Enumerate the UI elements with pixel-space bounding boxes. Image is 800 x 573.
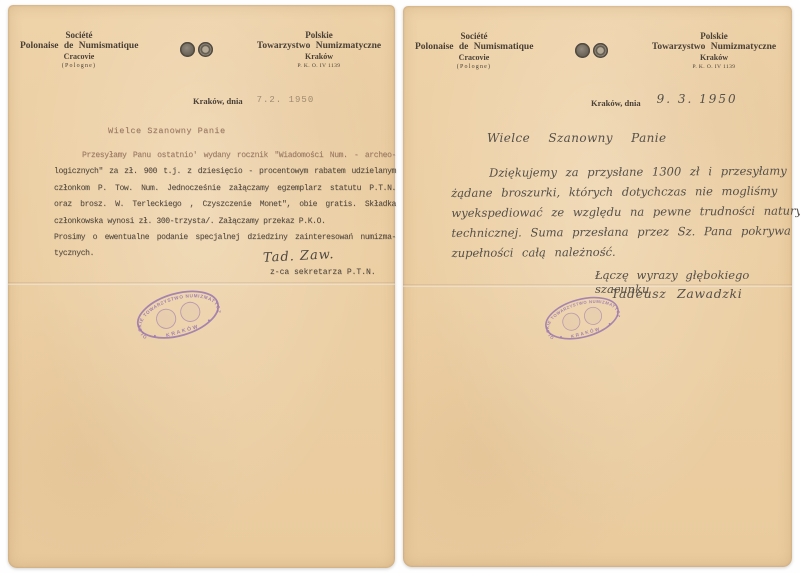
body-line: Prosimy o ewentualne podanie specjalnej … — [54, 230, 396, 246]
letter-right: Société Polonaise de Numismatique Cracov… — [403, 6, 792, 567]
letterhead-line: Polskie — [649, 31, 779, 42]
handwritten-signature: Tadeusz Zawadzki — [611, 286, 742, 301]
dateline-label: Kraków, dnia — [193, 96, 243, 106]
society-stamp: POLSKIE TOWARZYSTWO NUMIZMATYCZNE KRAKÓW — [125, 279, 230, 351]
handwritten-signature: Tad. Zaw. — [263, 247, 335, 266]
scan-background: Société Polonaise de Numismatique Cracov… — [0, 0, 800, 573]
society-stamp-graphic: POLSKIE TOWARZYSTWO NUMIZMATYCZNE KRAKÓW — [125, 279, 230, 351]
coins-emblem-icon — [575, 43, 608, 58]
coin-eagle-icon — [593, 43, 608, 58]
letterhead-line: Kraków — [254, 52, 384, 62]
salutation: Wielce Szanowny Panie — [108, 126, 226, 136]
coins-emblem-icon — [180, 42, 213, 57]
coin-portrait-icon — [575, 43, 590, 58]
salutation: Wielce Szanowny Panie — [487, 131, 667, 145]
body-line: wyekspediować ze względu na pewne trudno… — [451, 201, 759, 223]
body-line: Dziękujemy za przysłane 1300 zł i przesy… — [451, 161, 759, 183]
letterhead-line: Société — [20, 30, 138, 41]
letterhead-line: (Pologne) — [20, 62, 138, 71]
letterhead-line: (Pologne) — [415, 63, 533, 72]
letterhead-polish: Polskie Towarzystwo Numizmatyczne Kraków… — [649, 31, 779, 72]
body-line: oraz brosz. W. Terleckiego , Czyszczenie… — [54, 197, 396, 213]
body-line: Przesyłamy Panu ostatnio' wydany rocznik… — [54, 148, 396, 164]
dateline: Kraków, dnia9. 3. 1950 — [591, 93, 738, 111]
stamp-coin-circle — [561, 311, 582, 332]
body-line: zupełności całą należność. — [452, 241, 760, 263]
letterhead-line: Polonaise de Numismatique — [415, 42, 533, 53]
letterhead-line: Société — [415, 31, 533, 42]
body-line: członkom P. Tow. Num. Jednocześnie załąc… — [54, 181, 396, 197]
dateline: Kraków, dnia7.2. 1950 — [193, 91, 314, 109]
letterhead-account-line: P. K. O. IV 1139 — [649, 63, 779, 72]
letter-body: Dziękujemy za przysłane 1300 zł i przesy… — [451, 161, 760, 263]
letterhead-line: Cracovie — [20, 52, 138, 62]
letterhead-line: Polonaise de Numismatique — [20, 41, 138, 52]
stamp-coin-circle — [583, 305, 604, 326]
letterhead-line: Polskie — [254, 30, 384, 41]
body-line: logicznych" za zł. 900 t.j. z dziesięcio… — [54, 164, 396, 180]
coin-eagle-icon — [198, 42, 213, 57]
letterhead-french: Société Polonaise de Numismatique Cracov… — [20, 30, 138, 71]
body-line: technicznej. Suma przesłana przez Sz. Pa… — [451, 221, 759, 243]
letter-left: Société Polonaise de Numismatique Cracov… — [8, 5, 395, 568]
letterhead-polish: Polskie Towarzystwo Numizmatyczne Kraków… — [254, 30, 384, 71]
date-value: 7.2. 1950 — [257, 95, 315, 105]
signature-title: z-ca sekretarza P.T.N. — [270, 268, 376, 277]
coin-portrait-icon — [180, 42, 195, 57]
dateline-label: Kraków, dnia — [591, 98, 641, 108]
body-line: członkowska wynosi zł. 300-trzysta/. Zał… — [54, 214, 396, 230]
stamp-coin-circle — [178, 300, 202, 324]
letter-body: Przesyłamy Panu ostatnio' wydany rocznik… — [54, 148, 396, 263]
letterhead-line: Cracovie — [415, 53, 533, 63]
date-value: 9. 3. 1950 — [657, 92, 738, 106]
letterhead-line: Kraków — [649, 53, 779, 63]
stamp-coin-circle — [154, 307, 178, 331]
body-line: żądane broszurki, których dotychczas nie… — [451, 181, 759, 203]
letterhead-line: Towarzystwo Numizmatyczne — [649, 42, 779, 53]
body-line: tycznych. — [54, 246, 396, 262]
letterhead-line: Towarzystwo Numizmatyczne — [254, 41, 384, 52]
letterhead-french: Société Polonaise de Numismatique Cracov… — [415, 31, 533, 72]
society-stamp: POLSKIE TOWARZYSTWO NUMIZMATYCZNE KRAKÓW — [535, 287, 629, 350]
letterhead-account-line: P. K. O. IV 1139 — [254, 62, 384, 71]
society-stamp-graphic: POLSKIE TOWARZYSTWO NUMIZMATYCZNE KRAKÓW — [535, 287, 629, 350]
